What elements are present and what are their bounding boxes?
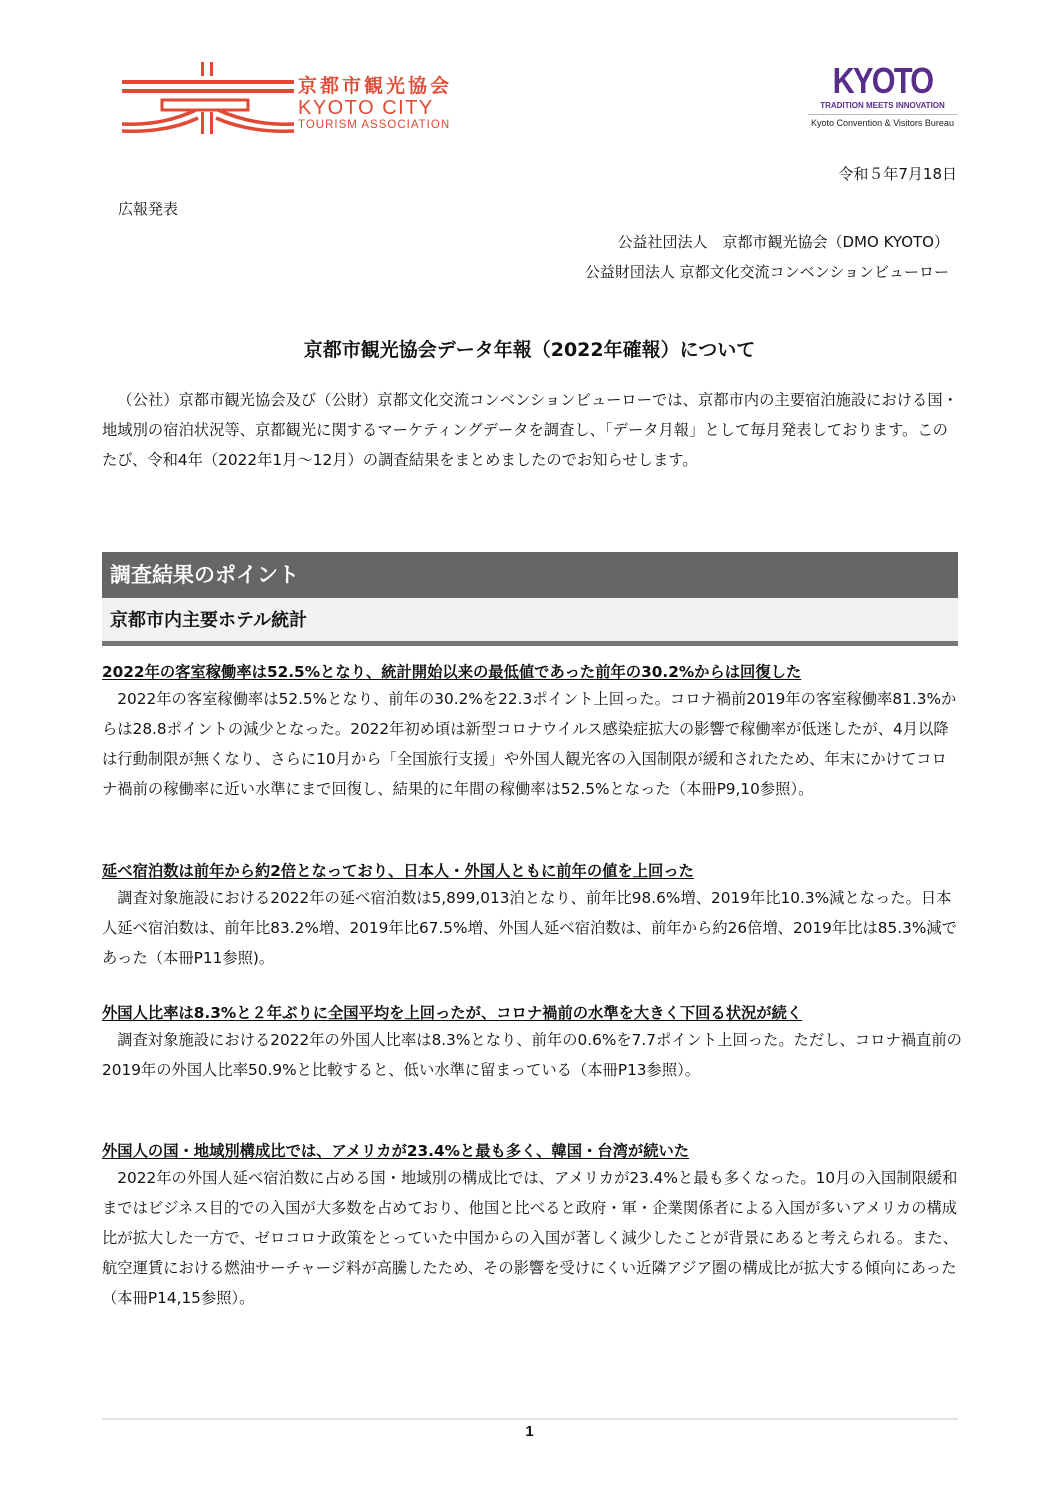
point-heading: 2022年の客室稼働率は52.5%となり、統計開始以来の最低値であった前年の30…: [102, 662, 962, 682]
logo-name-en: KYOTO CITY: [298, 98, 452, 118]
kyoto-city-tourism-association-logo: 京都市観光協会 KYOTO CITY TOURISM ASSOCIATION: [122, 60, 482, 136]
section-header: 調査結果のポイント: [102, 552, 958, 598]
logo-tagline: TRADITION MEETS INNOVATION: [800, 100, 965, 112]
issuer-1: 公益社団法人 京都市観光協会（DMO KYOTO）: [618, 232, 950, 252]
point-heading: 延べ宿泊数は前年から約2倍となっており、日本人・外国人ともに前年の値を上回った: [102, 861, 962, 881]
logo-org-name: Kyoto Convention & Visitors Bureau: [800, 118, 965, 129]
release-type: 広報発表: [118, 199, 178, 219]
kyoto-wordmark: KYOTO: [812, 62, 952, 100]
footer-divider: [102, 1418, 958, 1420]
intro-paragraph: （公社）京都市観光協会及び（公財）京都文化交流コンベンションビューローでは、京都…: [102, 385, 962, 475]
point-body: 2022年の客室稼働率は52.5%となり、前年の30.2%を22.3ポイント上回…: [102, 684, 962, 804]
point-heading: 外国人の国・地域別構成比では、アメリカが23.4%と最も多く、韓国・台湾が続いた: [102, 1141, 962, 1161]
point-occupancy: 2022年の客室稼働率は52.5%となり、統計開始以来の最低値であった前年の30…: [102, 662, 962, 804]
point-heading: 外国人比率は8.3%と２年ぶりに全国平均を上回ったが、コロナ禍前の水準を大きく下…: [102, 1003, 962, 1023]
point-country-composition: 外国人の国・地域別構成比では、アメリカが23.4%と最も多く、韓国・台湾が続いた…: [102, 1141, 962, 1313]
page-title: 京都市観光協会データ年報（2022年確報）について: [0, 337, 1059, 363]
release-date: 令和５年7月18日: [838, 164, 957, 184]
point-body: 調査対象施設における2022年の延べ宿泊数は5,899,013泊となり、前年比9…: [102, 883, 962, 973]
page-number: 1: [0, 1423, 1059, 1440]
point-foreigner-ratio: 外国人比率は8.3%と２年ぶりに全国平均を上回ったが、コロナ禍前の水準を大きく下…: [102, 1003, 962, 1085]
kyo-emblem-icon: [122, 60, 294, 136]
section-subheader: 京都市内主要ホテル統計: [102, 598, 958, 646]
logo-name-en-sub: TOURISM ASSOCIATION: [298, 118, 452, 132]
logo-name-ja: 京都市観光協会: [298, 74, 452, 98]
point-guest-nights: 延べ宿泊数は前年から約2倍となっており、日本人・外国人ともに前年の値を上回った …: [102, 861, 962, 973]
issuer-2: 公益財団法人 京都文化交流コンベンションビューロー: [585, 262, 949, 282]
point-body: 2022年の外国人延べ宿泊数に占める国・地域別の構成比では、アメリカが23.4%…: [102, 1163, 962, 1313]
kyoto-convention-bureau-logo: KYOTO TRADITION MEETS INNOVATION Kyoto C…: [800, 62, 965, 142]
point-body: 調査対象施設における2022年の外国人比率は8.3%となり、前年の0.6%を7.…: [102, 1025, 962, 1085]
logo-divider: [808, 114, 957, 115]
